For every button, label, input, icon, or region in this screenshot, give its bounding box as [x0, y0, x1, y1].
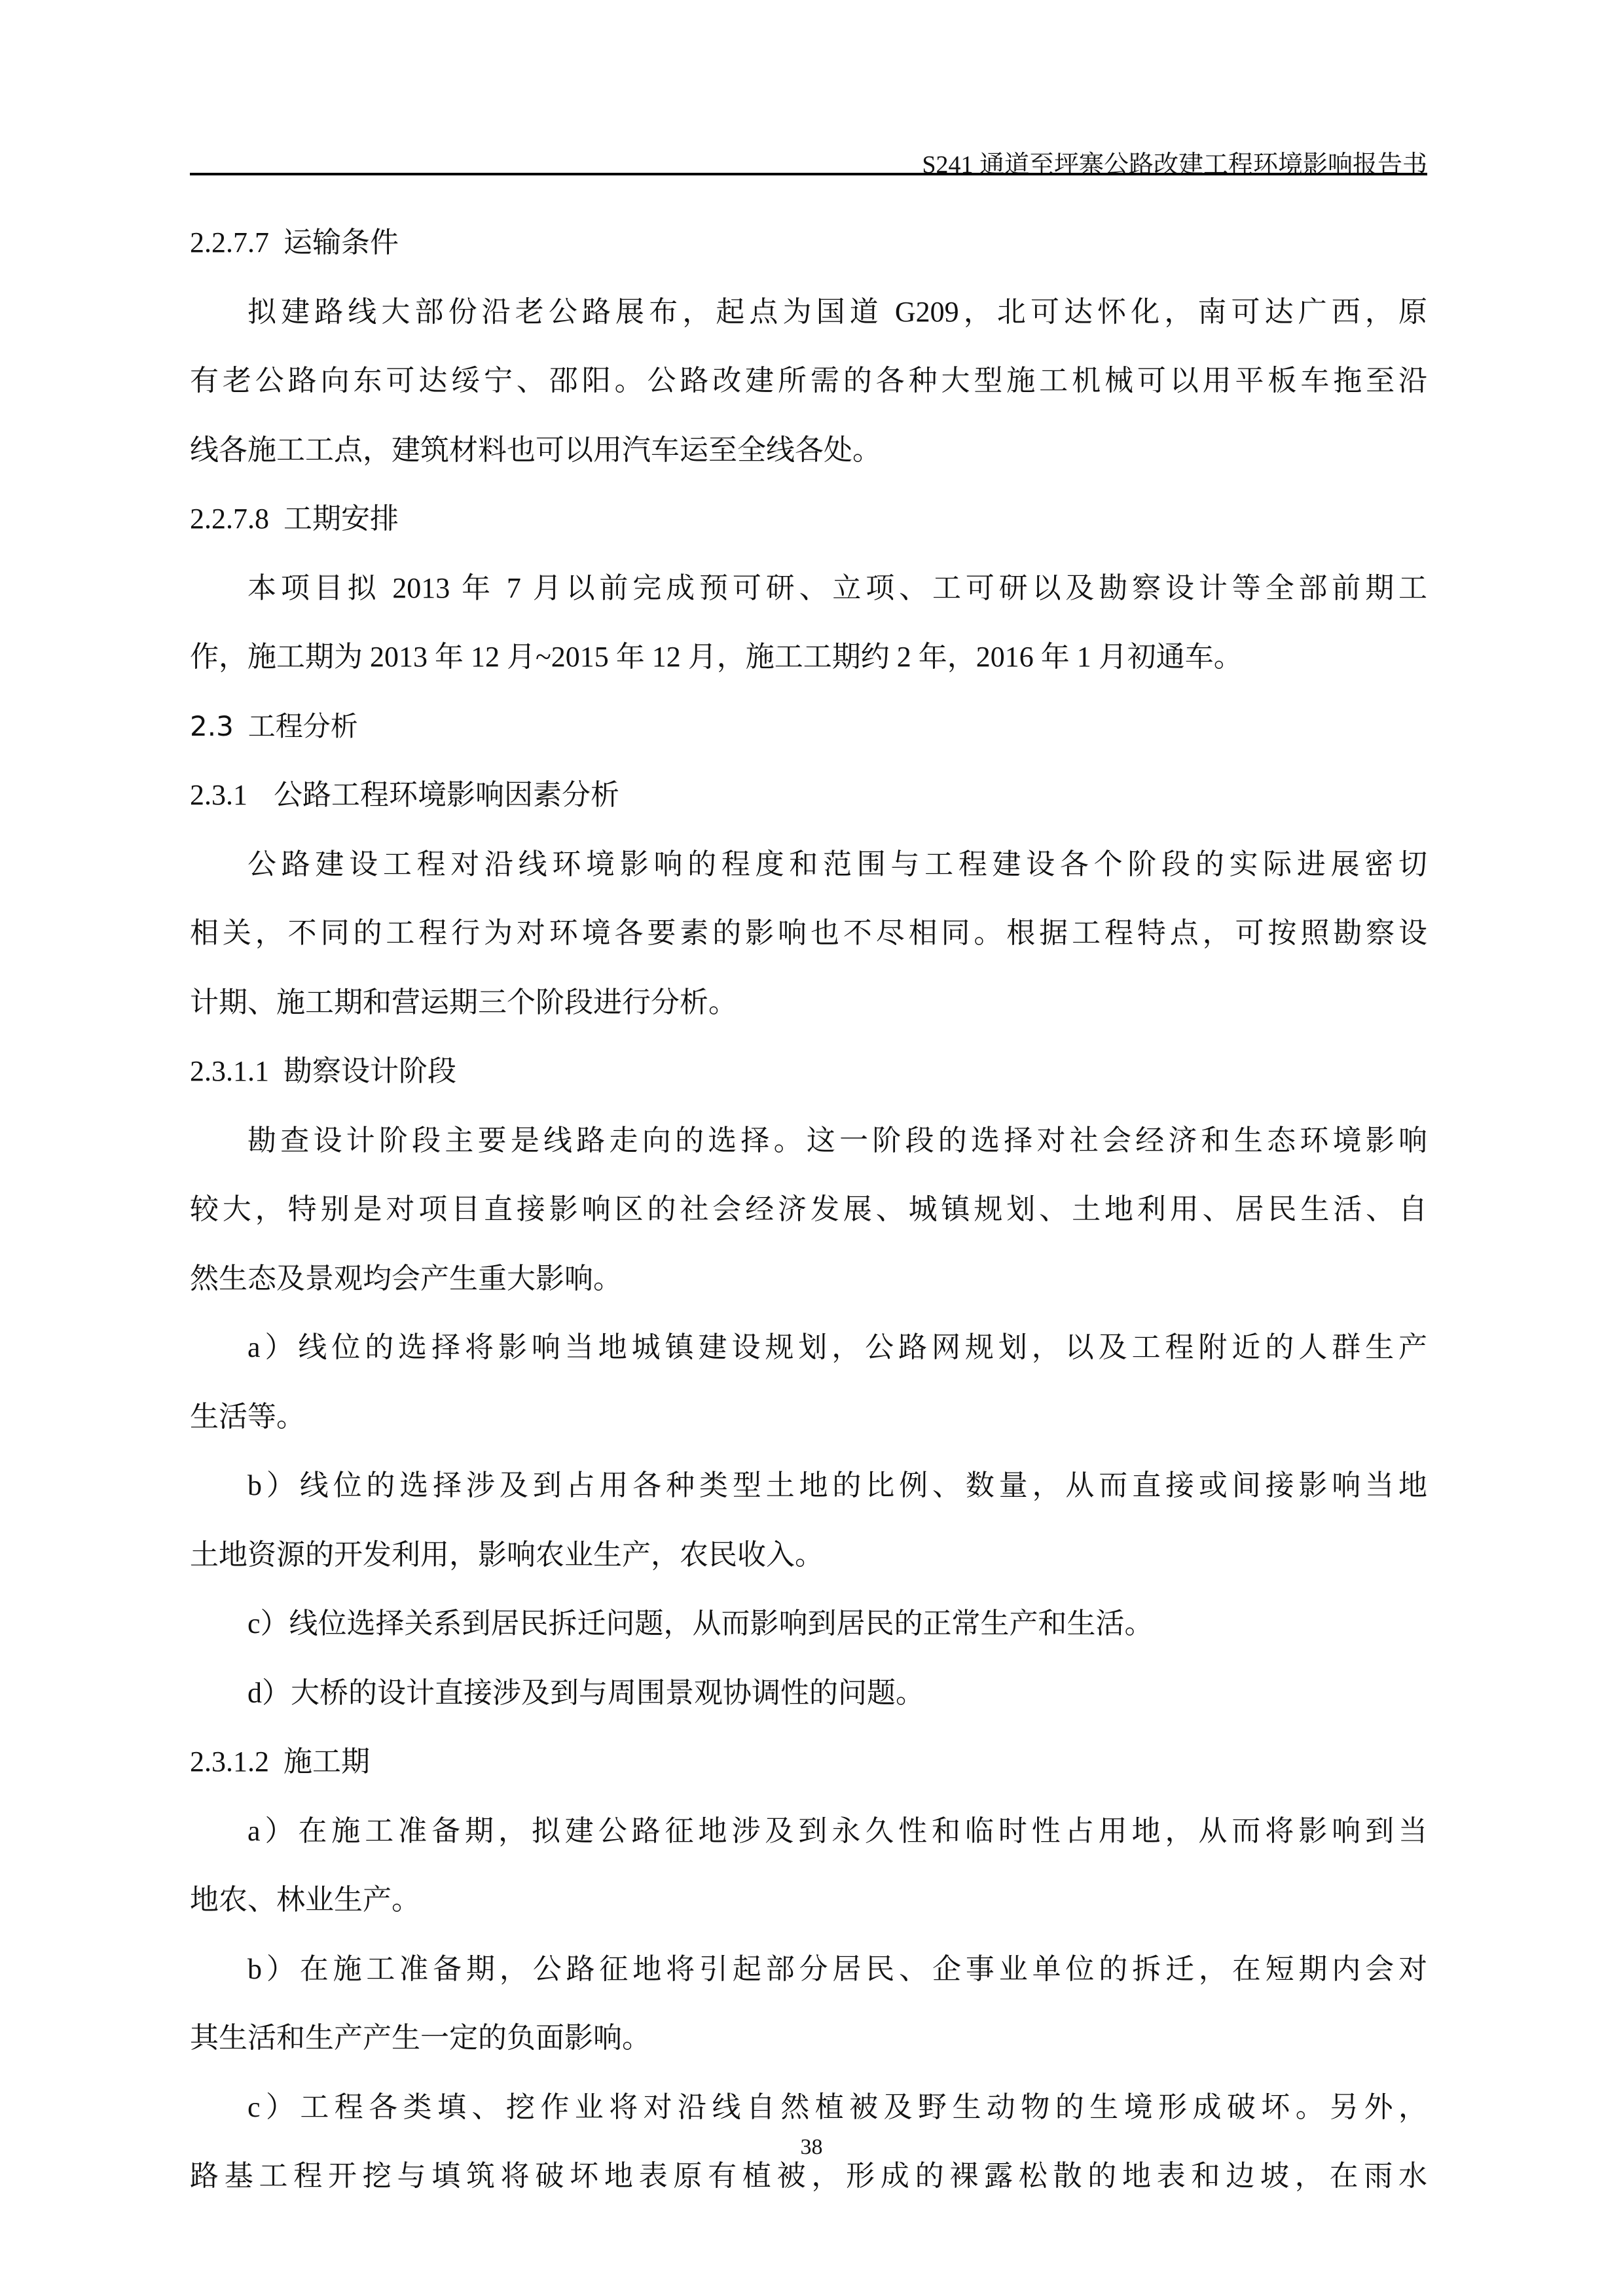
section-heading: 2.2.7.8工期安排 — [190, 484, 1427, 554]
section-title: 施工期 — [283, 1746, 370, 1778]
paragraph-line: 线各施工工点，建筑材料也可以用汽车运至全线各处。 — [190, 416, 1427, 485]
list-item-line: 地农、林业生产。 — [190, 1865, 1427, 1935]
paragraph-line: 相关，不同的工程行为对环境各要素的影响也不尽相同。根据工程特点，可按照勘察设 — [190, 899, 1427, 968]
paragraph-line: 然生态及景观均会产生重大影响。 — [190, 1244, 1427, 1314]
paragraph-line: 公路建设工程对沿线环境影响的程度和范围与工程建设各个阶段的实际进展密切 — [190, 830, 1427, 899]
paragraph-line: 作，施工期为 2013 年 12 月~2015 年 12 月，施工工期约 2 年… — [190, 622, 1427, 692]
list-item-line: c）线位选择关系到居民拆迁问题，从而影响到居民的正常生产和生活。 — [190, 1589, 1427, 1659]
list-item-line: d）大桥的设计直接涉及到与周围景观协调性的问题。 — [190, 1659, 1427, 1728]
paragraph-line: 计期、施工期和营运期三个阶段进行分析。 — [190, 968, 1427, 1037]
section-heading: 2.2.7.7运输条件 — [190, 208, 1427, 278]
section-number: 2.3.1.2 — [190, 1727, 269, 1797]
section-heading: 2.3.1公路工程环境影响因素分析 — [190, 761, 1427, 830]
paragraph-line: 有老公路向东可达绥宁、邵阳。公路改建所需的各种大型施工机械可以用平板车拖至沿 — [190, 346, 1427, 416]
section-title: 运输条件 — [283, 226, 399, 259]
section-title: 工程分析 — [248, 710, 358, 742]
section-number: 2.3 — [190, 692, 234, 761]
section-heading: 2.3.1.1勘察设计阶段 — [190, 1037, 1427, 1106]
section-title: 公路工程环境影响因素分析 — [274, 779, 619, 811]
paragraph-line: 勘查设计阶段主要是线路走向的选择。这一阶段的选择对社会经济和生态环境影响 — [190, 1106, 1427, 1175]
list-item-line: 生活等。 — [190, 1382, 1427, 1452]
paragraph-line: 拟建路线大部份沿老公路展布，起点为国道 G209，北可达怀化，南可达广西，原 — [190, 278, 1427, 347]
list-item-line: 其生活和生产产生一定的负面影响。 — [190, 2003, 1427, 2073]
page-body: 2.2.7.7运输条件 拟建路线大部份沿老公路展布，起点为国道 G209，北可达… — [190, 208, 1427, 2211]
section-number: 2.2.7.7 — [190, 208, 269, 278]
page-number: 38 — [0, 2135, 1623, 2160]
chapter-heading: 2.3工程分析 — [190, 692, 1427, 761]
section-number: 2.2.7.8 — [190, 484, 269, 554]
paragraph-line: 本项目拟 2013 年 7 月以前完成预可研、立项、工可研以及勘察设计等全部前期… — [190, 554, 1427, 623]
list-item-line: b）在施工准备期，公路征地将引起部分居民、企事业单位的拆迁，在短期内会对 — [190, 1935, 1427, 2004]
section-title: 工期安排 — [283, 503, 399, 535]
section-number: 2.3.1.1 — [190, 1037, 269, 1106]
list-item-line: 土地资源的开发利用，影响农业生产，农民收入。 — [190, 1520, 1427, 1590]
list-item-line: c）工程各类填、挖作业将对沿线自然植被及野生动物的生境形成破坏。另外， — [190, 2073, 1427, 2142]
header-rule — [190, 173, 1427, 175]
section-number: 2.3.1 — [190, 761, 247, 830]
list-item-line: a）线位的选择将影响当地城镇建设规划，公路网规划，以及工程附近的人群生产 — [190, 1313, 1427, 1382]
paragraph-line: 较大，特别是对项目直接影响区的社会经济发展、城镇规划、土地利用、居民生活、自 — [190, 1175, 1427, 1244]
section-heading: 2.3.1.2施工期 — [190, 1727, 1427, 1797]
list-item-line: a）在施工准备期，拟建公路征地涉及到永久性和临时性占用地，从而将影响到当 — [190, 1797, 1427, 1866]
section-title: 勘察设计阶段 — [283, 1055, 456, 1087]
list-item-line: b）线位的选择涉及到占用各种类型土地的比例、数量，从而直接或间接影响当地 — [190, 1451, 1427, 1520]
